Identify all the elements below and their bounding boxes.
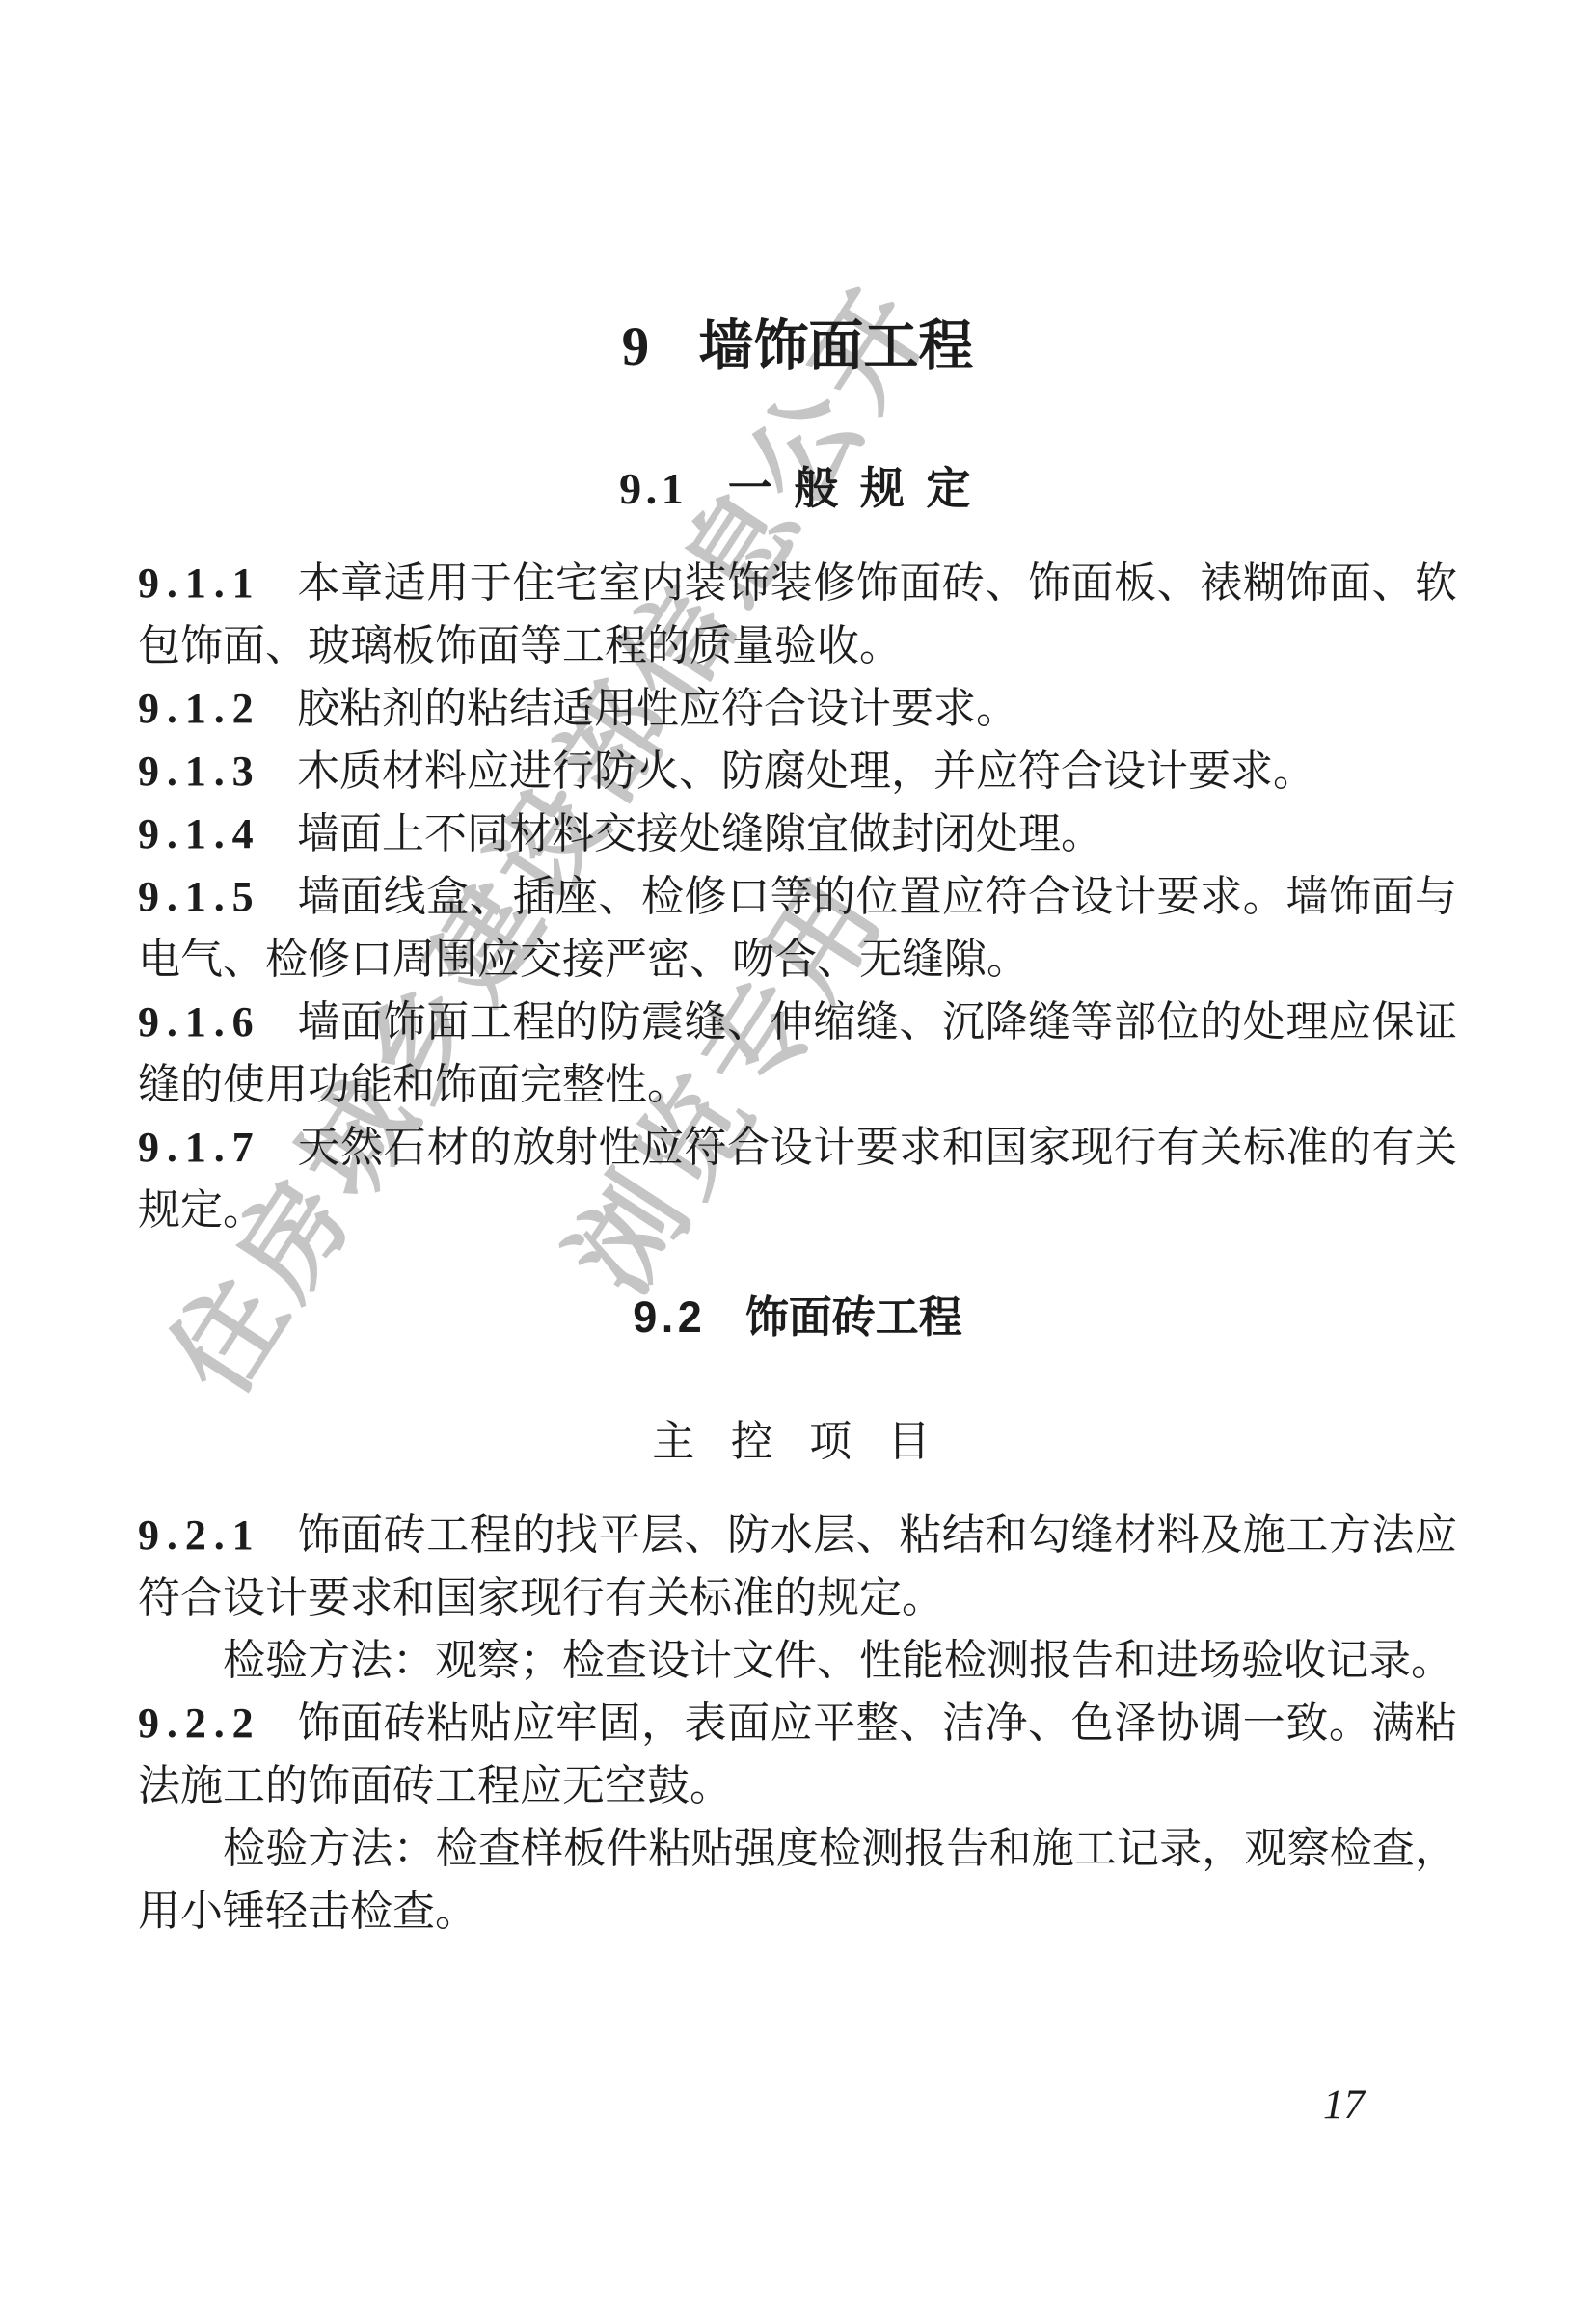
clause-9-2-2: 9.2.2饰面砖粘贴应牢固，表面应平整、洁净、色泽协调一致。满粘法施工的饰面砖工…	[138, 1692, 1457, 1817]
clause-9-1-1-number: 9.1.1	[138, 559, 261, 607]
clause-9-1-3-text: 木质材料应进行防火、防腐处理，并应符合设计要求。	[297, 748, 1315, 795]
clause-9-1-6: 9.1.6墙面饰面工程的防震缝、伸缩缝、沉降缝等部位的处理应保证缝的使用功能和饰…	[138, 991, 1457, 1116]
section-heading-9-1: 9.1一 般 规 定	[138, 465, 1457, 513]
page-number: 17	[1323, 2081, 1365, 2129]
section-9-2-title: 饰面砖工程	[745, 1292, 962, 1342]
clause-9-1-2: 9.1.2胶粘剂的粘结适用性应符合设计要求。	[138, 677, 1457, 740]
section-9-1-number: 9.1	[619, 464, 688, 513]
clause-9-2-1-text: 饰面砖工程的找平层、防水层、粘结和勾缝材料及施工方法应符合设计要求和国家现行有关…	[138, 1511, 1457, 1621]
clause-9-1-2-text: 胶粘剂的粘结适用性应符合设计要求。	[297, 685, 1018, 732]
inspection-method-9-2-1: 检验方法：观察；检查设计文件、性能检测报告和进场验收记录。	[138, 1629, 1457, 1692]
clause-9-2-2-number: 9.2.2	[138, 1699, 261, 1747]
clause-9-2-1-number: 9.2.1	[138, 1511, 261, 1559]
clause-9-2-1: 9.2.1饰面砖工程的找平层、防水层、粘结和勾缝材料及施工方法应符合设计要求和国…	[138, 1504, 1457, 1629]
clause-9-1-7-number: 9.1.7	[138, 1124, 261, 1171]
page-content: 9墙饰面工程 9.1一 般 规 定 9.1.1本章适用于住宅室内装饰装修饰面砖、…	[138, 0, 1457, 1943]
clause-9-1-1-text: 本章适用于住宅室内装饰装修饰面砖、饰面板、裱糊饰面、软包饰面、玻璃板饰面等工程的…	[138, 559, 1457, 669]
clause-9-1-1: 9.1.1本章适用于住宅室内装饰装修饰面砖、饰面板、裱糊饰面、软包饰面、玻璃板饰…	[138, 552, 1457, 677]
clause-9-1-6-text: 墙面饰面工程的防震缝、伸缩缝、沉降缝等部位的处理应保证缝的使用功能和饰面完整性。	[138, 998, 1457, 1108]
clause-9-1-4: 9.1.4墙面上不同材料交接处缝隙宜做封闭处理。	[138, 802, 1457, 865]
chapter-heading: 9墙饰面工程	[138, 318, 1457, 376]
chapter-title: 墙饰面工程	[698, 316, 973, 377]
clause-9-1-2-number: 9.1.2	[138, 685, 261, 732]
clause-9-1-6-number: 9.1.6	[138, 998, 261, 1046]
clause-9-2-2-text: 饰面砖粘贴应牢固，表面应平整、洁净、色泽协调一致。满粘法施工的饰面砖工程应无空鼓…	[138, 1699, 1457, 1809]
clause-9-1-5-number: 9.1.5	[138, 873, 261, 920]
section-heading-9-2: 9.2饰面砖工程	[138, 1293, 1457, 1342]
subheading-main-control-items: 主 控 项 目	[138, 1419, 1457, 1465]
clause-9-1-7: 9.1.7天然石材的放射性应符合设计要求和国家现行有关标准的有关规定。	[138, 1116, 1457, 1241]
section-9-2-number: 9.2	[633, 1292, 706, 1342]
chapter-number: 9	[622, 316, 650, 377]
inspection-method-9-2-2: 检验方法：检查样板件粘贴强度检测报告和施工记录，观察检查，用小锤轻击检查。	[138, 1817, 1457, 1943]
clause-9-1-7-text: 天然石材的放射性应符合设计要求和国家现行有关标准的有关规定。	[138, 1124, 1457, 1234]
clause-9-1-4-number: 9.1.4	[138, 810, 261, 857]
document-page: 住房城乡建设部信息公开 浏览专用 9墙饰面工程 9.1一 般 规 定 9.1.1…	[0, 0, 1596, 2311]
clause-9-1-5: 9.1.5墙面线盒、插座、检修口等的位置应符合设计要求。墙饰面与电气、检修口周围…	[138, 865, 1457, 991]
clause-9-1-3: 9.1.3木质材料应进行防火、防腐处理，并应符合设计要求。	[138, 740, 1457, 802]
clause-9-1-5-text: 墙面线盒、插座、检修口等的位置应符合设计要求。墙饰面与电气、检修口周围应交接严密…	[138, 873, 1457, 983]
clause-9-1-4-text: 墙面上不同材料交接处缝隙宜做封闭处理。	[297, 810, 1103, 857]
clause-9-1-3-number: 9.1.3	[138, 748, 261, 795]
section-9-1-title: 一 般 规 定	[728, 464, 976, 513]
